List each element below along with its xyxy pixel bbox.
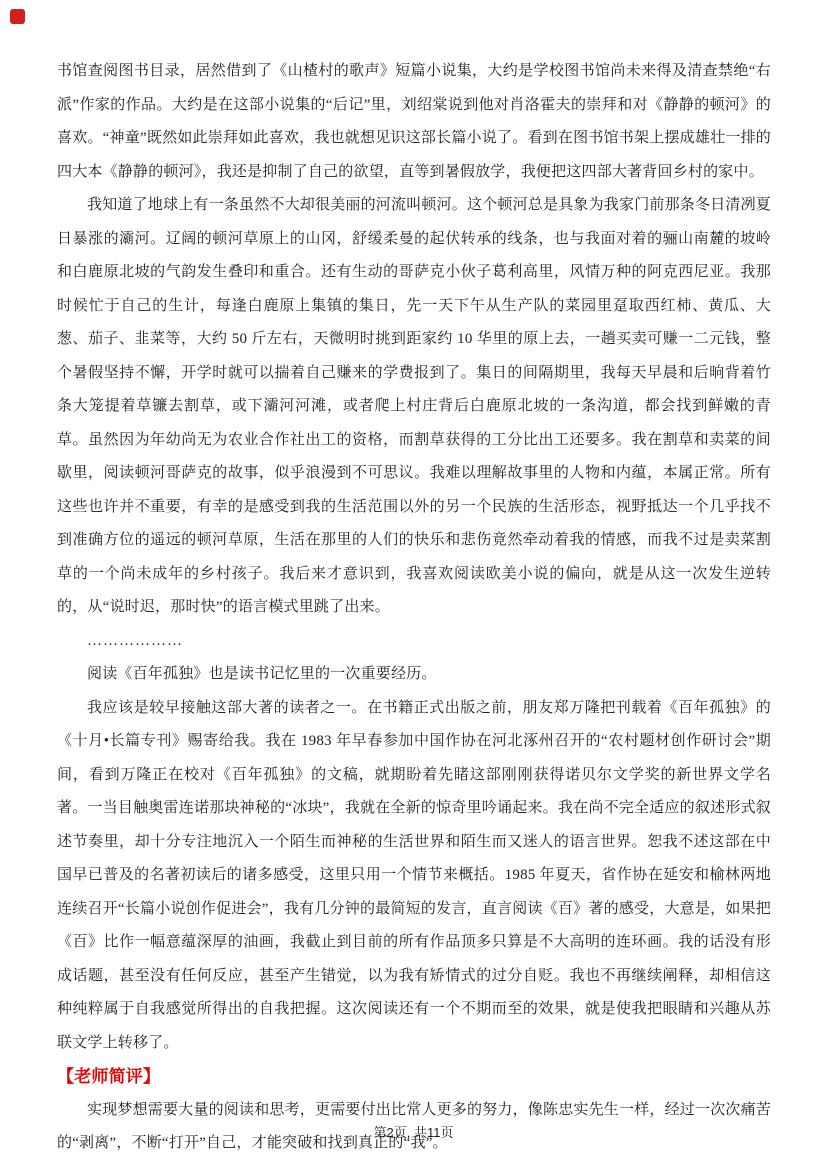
paragraph-hundred-years-body: 我应该是较早接触这部大著的读者之一。在书籍正式出版之前，朋友郑万隆把刊载着《百年…	[57, 692, 771, 1061]
paragraph-hundred-years-intro: 阅读《百年孤独》也是读书记忆里的一次重要经历。	[57, 658, 771, 692]
teacher-comment-heading: 【老师简评】	[57, 1060, 771, 1094]
paragraph-continued: 书馆查阅图书目录，居然借到了《山楂村的歌声》短篇小说集，大约是学校图书馆尚未来得…	[57, 55, 771, 189]
paragraph-don-river: 我知道了地球上有一条虽然不大却很美丽的河流叫顿河。这个顿河总是具象为我家门前那条…	[57, 189, 771, 625]
ellipsis-separator: ………………	[57, 625, 771, 659]
red-corner-marker-icon	[10, 9, 25, 24]
document-body: 书馆查阅图书目录，居然借到了《山楂村的歌声》短篇小说集，大约是学校图书馆尚未来得…	[57, 55, 771, 1161]
footer-page-number: 第2页, 共11页	[0, 1122, 827, 1141]
document-page: 书馆查阅图书目录，居然借到了《山楂村的歌声》短篇小说集，大约是学校图书馆尚未来得…	[0, 0, 827, 1169]
